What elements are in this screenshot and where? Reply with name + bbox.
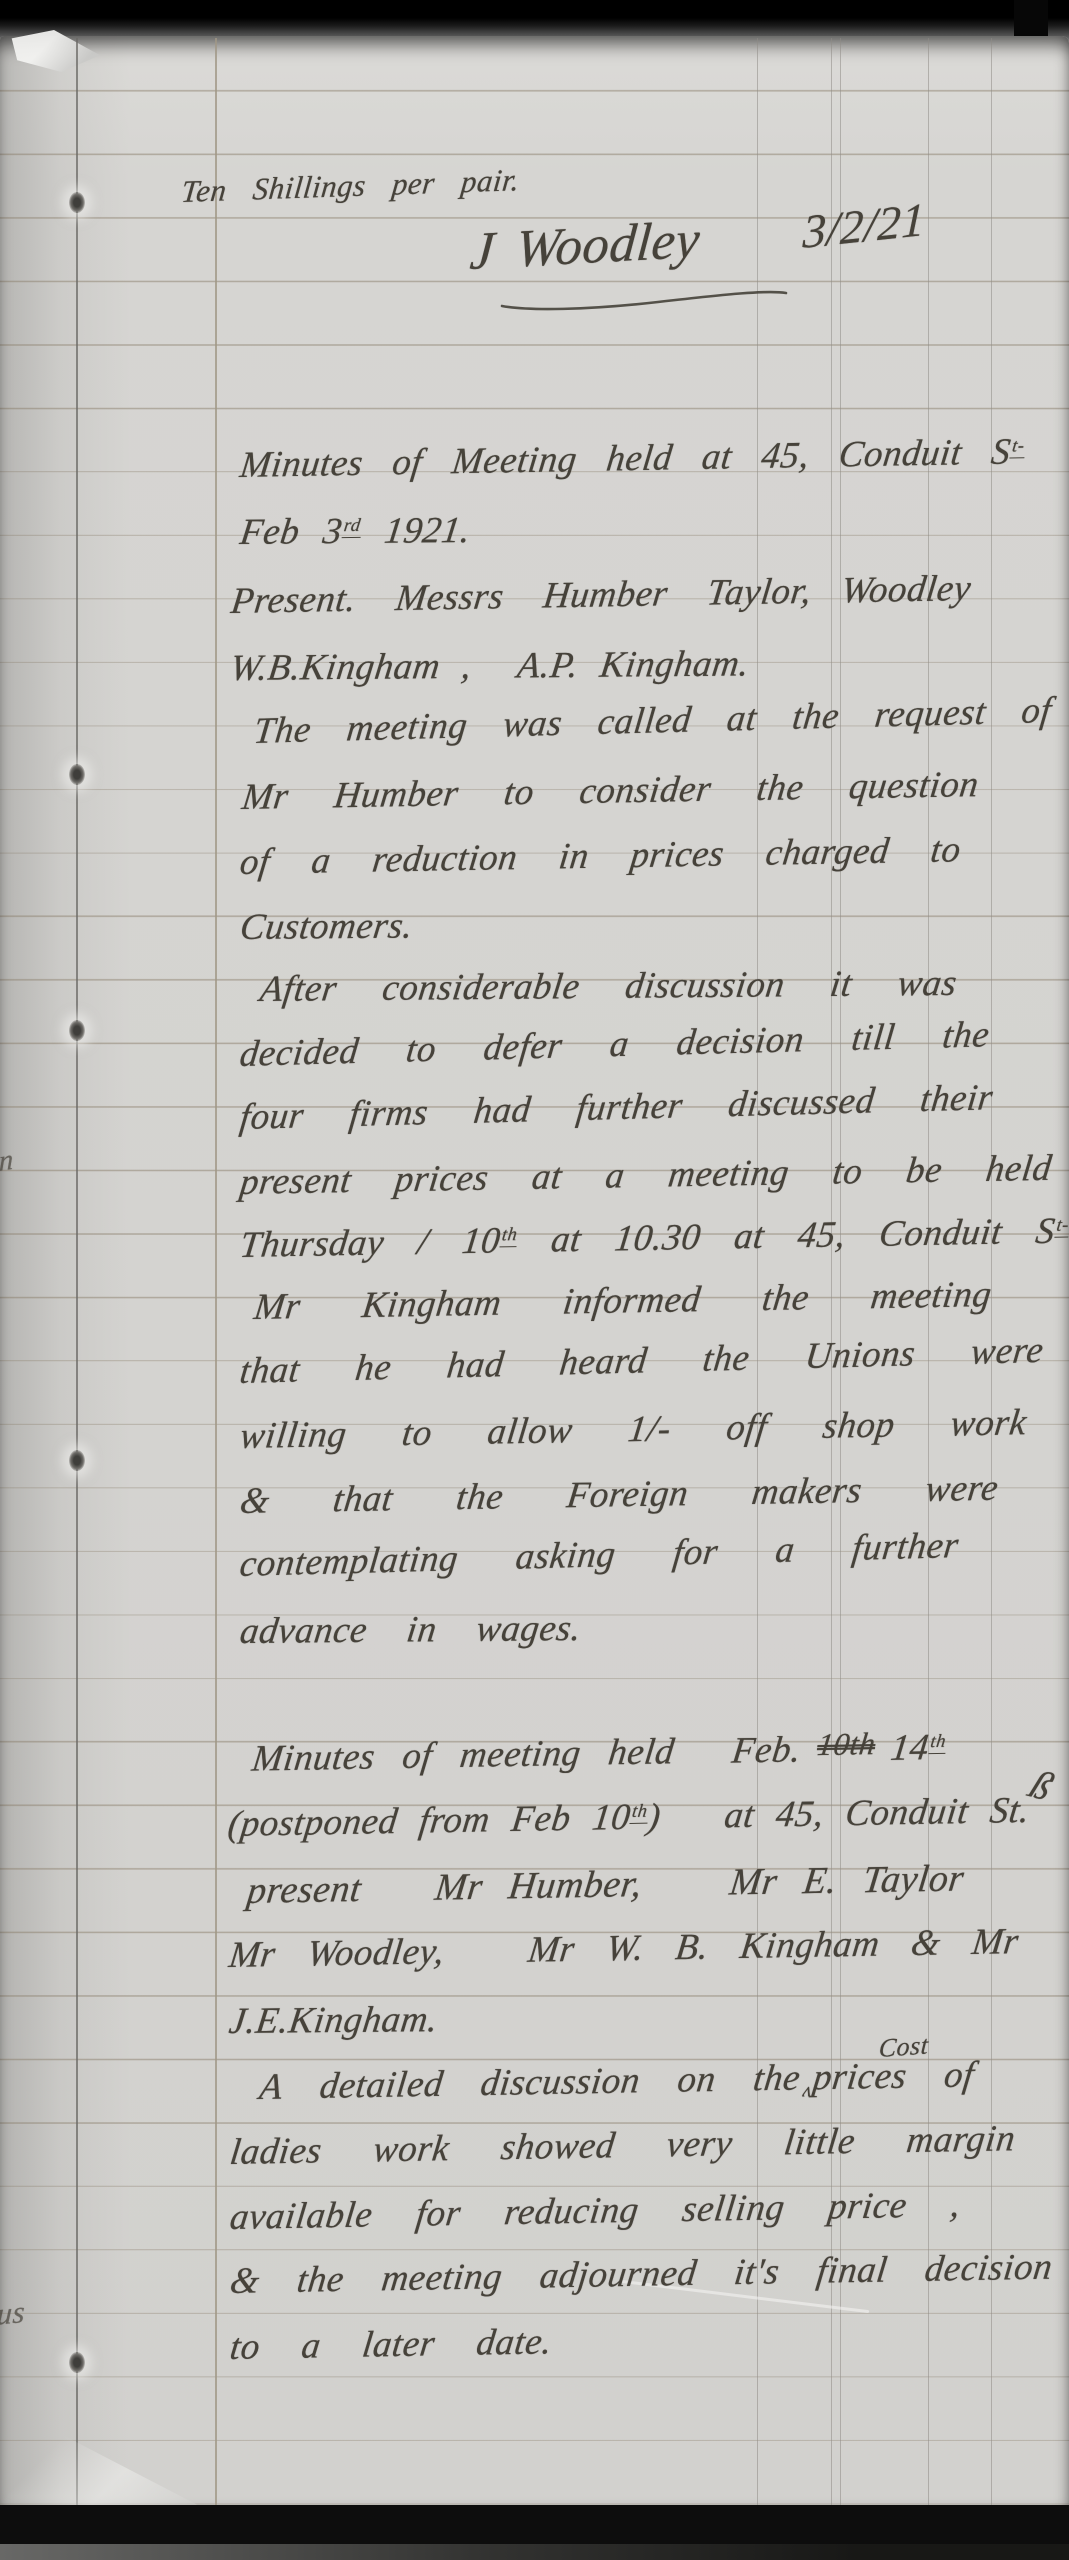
handwriting-segment: Ten Shillings per pair.	[180, 162, 522, 209]
handwriting-segment: Mr Kingham informed the meeting	[252, 1274, 994, 1328]
handwriting-segment: 14	[888, 1727, 931, 1769]
edge-fragment: ous	[0, 2296, 26, 2331]
handwriting-segment: Mr W. B. Kingham & Mr	[526, 1921, 1021, 1971]
handwriting-segment: After considerable discussion it was	[258, 963, 960, 1010]
handwriting-segment: present	[245, 1868, 364, 1912]
correction-initials: ß	[1024, 1765, 1059, 1807]
price-note: Ten Shillings per pair.	[180, 164, 521, 207]
body-line: that he had heard the Unions were	[238, 1332, 1046, 1390]
body-line: to a later date.	[228, 2323, 554, 2366]
handwriting-segment: Minutes of Meeting held at 45, Conduit S	[238, 431, 1013, 486]
handwriting-segment: decided to defer a decision till the	[238, 1014, 992, 1075]
present2-line1: presentMr Humber,Mr E. Taylor	[245, 1859, 966, 1910]
body-line: A detailed discussion on theʌprices of	[257, 2056, 976, 2110]
handwriting-segment: 1921.	[358, 510, 473, 552]
body-line: Customers.	[238, 907, 415, 946]
handwriting-segment: W.B.Kingham ,	[228, 646, 475, 689]
signature-date: 3/2/21	[802, 197, 926, 257]
body-line: Mr Humber to consider the question	[240, 766, 981, 816]
handwriting-segment: Feb.	[730, 1729, 804, 1771]
handwriting-segment: to a later date.	[228, 2321, 555, 2368]
body-line: available for reducing selling price ,	[228, 2186, 963, 2236]
handwriting-segment: Mr E. Taylor	[727, 1857, 966, 1903]
handwriting-segment: t-	[1010, 436, 1027, 458]
body-line: four firms had further discussed their	[238, 1079, 995, 1136]
handwriting-segment: Customers.	[238, 905, 416, 948]
edge-fragment: on	[0, 1146, 14, 1179]
handwriting-segment: th	[928, 1731, 948, 1753]
handwriting-segment: Mr Humber to consider the question	[240, 764, 981, 818]
present1-line1: Present. Messrs Humber Taylor,Woodley	[229, 570, 973, 620]
handwriting-segment: available for reducing selling price ,	[228, 2184, 963, 2238]
handwriting-segment: present prices at a meeting to be held	[238, 1148, 1054, 1203]
handwriting-segment: on	[0, 1144, 14, 1180]
handwriting-segment: J.E.Kingham.	[227, 1999, 441, 2042]
handwriting-segment: Feb 3	[238, 511, 345, 553]
handwriting-segment: t-	[1054, 1215, 1069, 1237]
handwriting-segment: Present. Messrs Humber Taylor,	[229, 571, 814, 622]
handwriting-segment: of a reduction in prices charged to	[238, 829, 963, 883]
handwriting-segment: Minutes of meeting held	[250, 1731, 677, 1779]
body-line: ladies work showed very little margin	[228, 2120, 1018, 2171]
handwriting-segment: that he had heard the Unions were	[238, 1330, 1046, 1392]
handwriting-segment: & the meeting adjourned it's final decis…	[228, 2247, 1055, 2302]
handwriting-segment: advance in wages.	[238, 1608, 584, 1652]
handwriting-segment: A.P. Kingham.	[515, 643, 752, 686]
handwriting-segment: at 45, Conduit St.	[722, 1790, 1032, 1836]
body-line: After considerable discussion it was	[258, 965, 959, 1008]
handwriting-segment: willing to allow 1/- off shop work	[238, 1402, 1029, 1457]
present2-line2: Mr Woodley,Mr W. B. Kingham & Mr	[227, 1923, 1021, 1974]
body-line: contemplating asking for a further	[238, 1527, 961, 1583]
body-line: Thursday / 10th at 10.30 at 45, Conduit …	[238, 1212, 1069, 1264]
handwriting-segment: 3/2/21	[802, 194, 926, 259]
body-line: The meeting was called at the request of	[252, 692, 1054, 750]
minutes2-heading: Minutes of meeting heldFeb.10th14th	[250, 1727, 949, 1778]
handwriting-segment: contemplating asking for a further	[238, 1525, 961, 1585]
handwriting-segment: & that the Foreign makers were	[238, 1468, 1001, 1522]
body-line: of a reduction in prices charged to	[238, 831, 963, 881]
handwriting-segment: ous	[0, 2294, 26, 2333]
body-line: willing to allow 1/- off shop work	[238, 1404, 1029, 1455]
signature: J Woodley	[468, 214, 702, 279]
handwriting-segment: ladies work showed very little margin	[228, 2118, 1018, 2173]
signature-underline	[498, 284, 790, 314]
handwriting-segment: Mr Humber,	[433, 1863, 645, 1909]
handwriting-segment: Thursday / 10	[238, 1220, 503, 1266]
handwriting-segment: Woodley	[839, 568, 974, 611]
handwriting-segment: four firms had further discussed their	[238, 1077, 995, 1138]
body-line: decided to defer a decision till the	[238, 1016, 991, 1073]
present1-line2: W.B.Kingham ,A.P. Kingham.	[228, 645, 752, 687]
handwriting-segment: A detailed discussion on the	[257, 2057, 802, 2108]
handwriting-segment: 10th	[815, 1726, 877, 1762]
photo-backdrop-bottom-strip	[0, 2544, 1069, 2560]
present2-line3: J.E.Kingham.	[227, 2001, 440, 2040]
handwriting-segment: (postponed from Feb 10	[226, 1797, 633, 1845]
minutes2-postponed: (postponed from Feb 10th)at 45, Conduit …	[226, 1792, 1032, 1843]
minutes1-heading: Minutes of Meeting held at 45, Conduit S…	[238, 433, 1027, 484]
handwriting-segment: Mr Woodley,	[227, 1931, 447, 1976]
body-line: present prices at a meeting to be held	[238, 1150, 1054, 1201]
handwriting-segment: J Woodley	[468, 211, 703, 281]
handwriting-segment: at 10.30 at 45, Conduit S	[515, 1211, 1057, 1261]
body-line: & the meeting adjourned it's final decis…	[228, 2249, 1055, 2300]
handwriting-segment: prices of	[811, 2054, 977, 2098]
body-line: Mr Kingham informed the meeting	[252, 1276, 994, 1326]
minutes1-date: Feb 3rd 1921.	[238, 512, 473, 551]
body-line: & that the Foreign makers were	[238, 1470, 1000, 1520]
body-line: advance in wages.	[238, 1610, 584, 1650]
handwriting-segment: The meeting was called at the request of	[252, 690, 1054, 752]
handwriting-layer: Ten Shillings per pair.J Woodley3/2/21Mi…	[0, 0, 1069, 2560]
handwriting-segment: ß	[1023, 1762, 1060, 1809]
